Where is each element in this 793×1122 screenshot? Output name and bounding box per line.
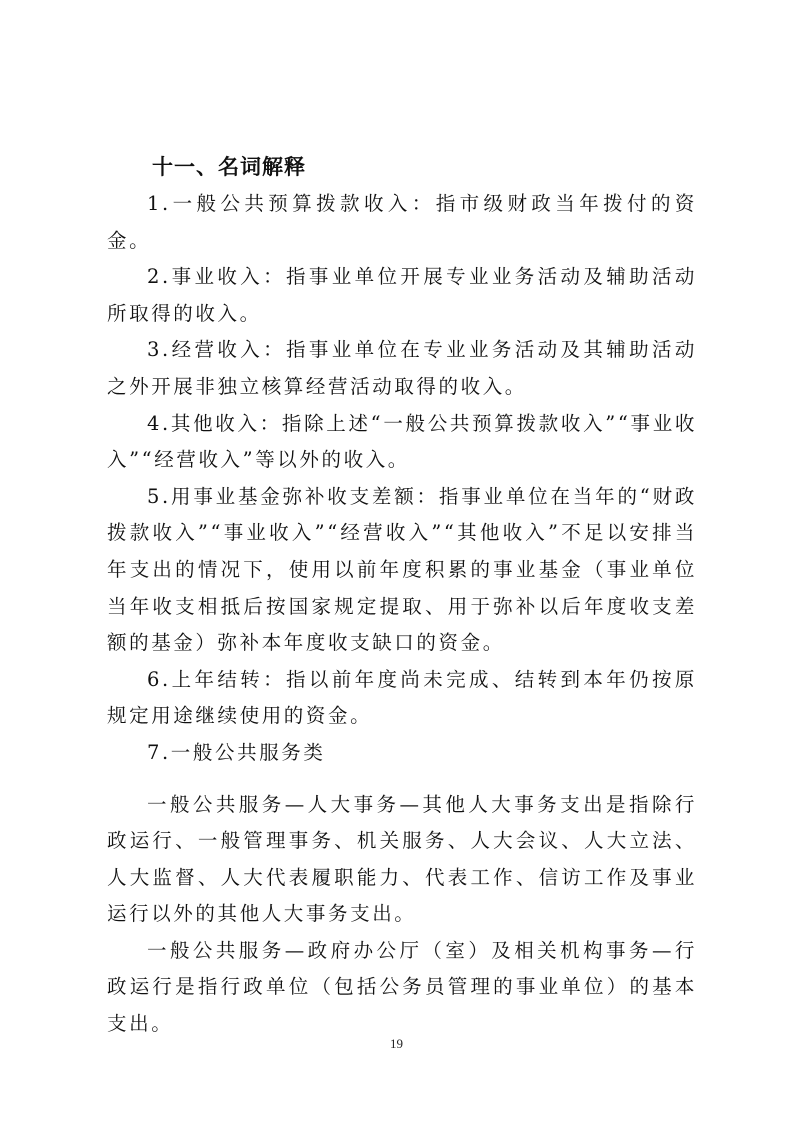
definition-other-income: 4.其他收入：指除上述“一般公共预算拨款收入”“事业收入”“经营收入”等以外的收… [107,406,697,479]
section-heading: 十一、名词解释 [152,148,697,186]
subheading-general-public-services: 7.一般公共服务类 [107,735,697,772]
definition-npc-other-expenditure: 一般公共服务—人大事务—其他人大事务支出是指除行政运行、一般管理事务、机关服务、… [107,787,697,933]
page-number: 19 [0,1036,793,1052]
definition-government-office-operation: 一般公共服务—政府办公厅（室）及相关机构事务—行政运行是指行政单位（包括公务员管… [107,933,697,1043]
definition-business-fund-offset: 5.用事业基金弥补收支差额：指事业单位在当年的“财政拨款收入”“事业收入”“经营… [107,479,697,662]
definition-general-budget-income: 1.一般公共预算拨款收入：指市级财政当年拨付的资金。 [107,186,697,259]
definition-business-income: 2.事业收入：指事业单位开展专业业务活动及辅助活动所取得的收入。 [107,259,697,332]
page-content: 十一、名词解释 1.一般公共预算拨款收入：指市级财政当年拨付的资金。 2.事业收… [107,148,697,1043]
definition-operating-income: 3.经营收入：指事业单位在专业业务活动及其辅助活动之外开展非独立核算经营活动取得… [107,332,697,405]
definition-prior-year-carryover: 6.上年结转：指以前年度尚未完成、结转到本年仍按原规定用途继续使用的资金。 [107,662,697,735]
document-page: 十一、名词解释 1.一般公共预算拨款收入：指市级财政当年拨付的资金。 2.事业收… [0,0,793,1122]
